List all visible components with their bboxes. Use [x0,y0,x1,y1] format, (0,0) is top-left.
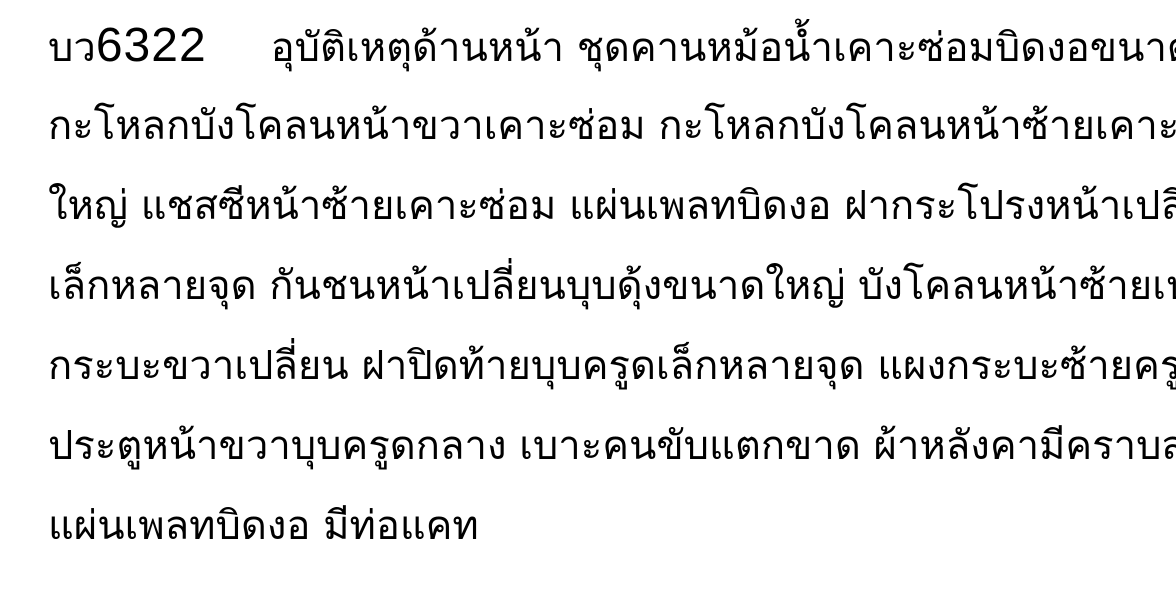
line-text: อุบัติเหตุด้านหน้า ชุดคานหม้อน้ำเคาะซ่อม… [271,25,1176,71]
document-line-5: กระบะขวาเปลี่ยน ฝาปิดท้ายบุบครูดเล็กหลาย… [48,326,1156,406]
document-line-2: กะโหลกบังโคลนหน้าขวาเคาะซ่อม กะโหลกบังโค… [48,86,1156,166]
document-line-4: เล็กหลายจุด กันชนหน้าเปลี่ยนบุบดุ้งขนาดใ… [48,246,1156,326]
document-id-number: 6322 [96,19,207,72]
document-line-1: บว6322อุบัติเหตุด้านหน้า ชุดคานหม้อน้ำเค… [48,6,1156,86]
document-line-6: ประตูหน้าขวาบุบครูดกลาง เบาะคนขับแตกขาด … [48,406,1156,486]
document-page: บว6322อุบัติเหตุด้านหน้า ชุดคานหม้อน้ำเค… [0,0,1176,598]
document-id-prefix: บว [48,25,96,71]
document-line-3: ใหญ่ แชสซีหน้าซ้ายเคาะซ่อม แผ่นเพลทบิดงอ… [48,166,1156,246]
document-line-7: แผ่นเพลทบิดงอ มีท่อแคท [48,486,1156,566]
